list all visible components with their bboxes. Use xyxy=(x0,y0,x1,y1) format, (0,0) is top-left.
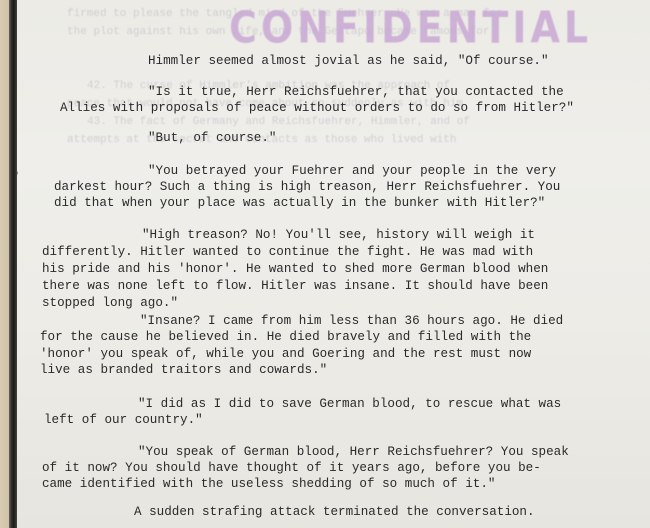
text-line: left of our country." xyxy=(44,413,203,427)
text-line: there was none left to flow. Hitler was … xyxy=(42,279,548,293)
text-line: live as branded traitors and cowards." xyxy=(40,363,327,377)
bleed-through-line: 43. The fact of Germany and Reichsfuehre… xyxy=(87,116,470,128)
text-line: darkest hour? Such a thing is high treas… xyxy=(54,180,560,194)
text-line: "You betrayed your Fuehrer and your peop… xyxy=(148,164,556,178)
margin-mark xyxy=(17,171,18,175)
typewritten-page: firmed to please the tangled mind of the… xyxy=(17,0,650,528)
text-line: Himmler seemed almost jovial as he said,… xyxy=(148,54,549,68)
text-line: of it now? You should have thought of it… xyxy=(42,461,541,475)
text-line: "You speak of German blood, Herr Reichsf… xyxy=(138,445,569,459)
binding-edge xyxy=(9,0,17,528)
text-line: "Insane? I came from him less than 36 ho… xyxy=(140,314,563,328)
text-line: A sudden strafing attack terminated the … xyxy=(134,505,535,519)
text-line: "I did as I did to save German blood, to… xyxy=(138,397,561,411)
text-line: came identified with the useless sheddin… xyxy=(42,477,495,491)
text-line: "Is it true, Herr Reichsfuehrer, that yo… xyxy=(148,85,564,99)
text-line: his pride and his 'honor'. He wanted to … xyxy=(42,262,548,276)
text-line: Allies with proposals of peace without o… xyxy=(60,101,574,115)
text-line: 'honor' you speak of, while you and Goer… xyxy=(40,347,531,361)
text-line: differently. Hitler wanted to continue t… xyxy=(42,245,533,259)
text-line: "But, of course." xyxy=(148,131,276,145)
text-line: "High treason? No! You'll see, history w… xyxy=(142,228,535,242)
text-line: stopped long ago." xyxy=(42,296,178,310)
text-line: did that when your place was actually in… xyxy=(54,196,545,210)
confidential-stamp: CONFIDENTIAL xyxy=(229,2,592,53)
text-line: for the cause he believed in. He died br… xyxy=(40,330,531,344)
document-photo: firmed to please the tangled mind of the… xyxy=(0,0,650,528)
